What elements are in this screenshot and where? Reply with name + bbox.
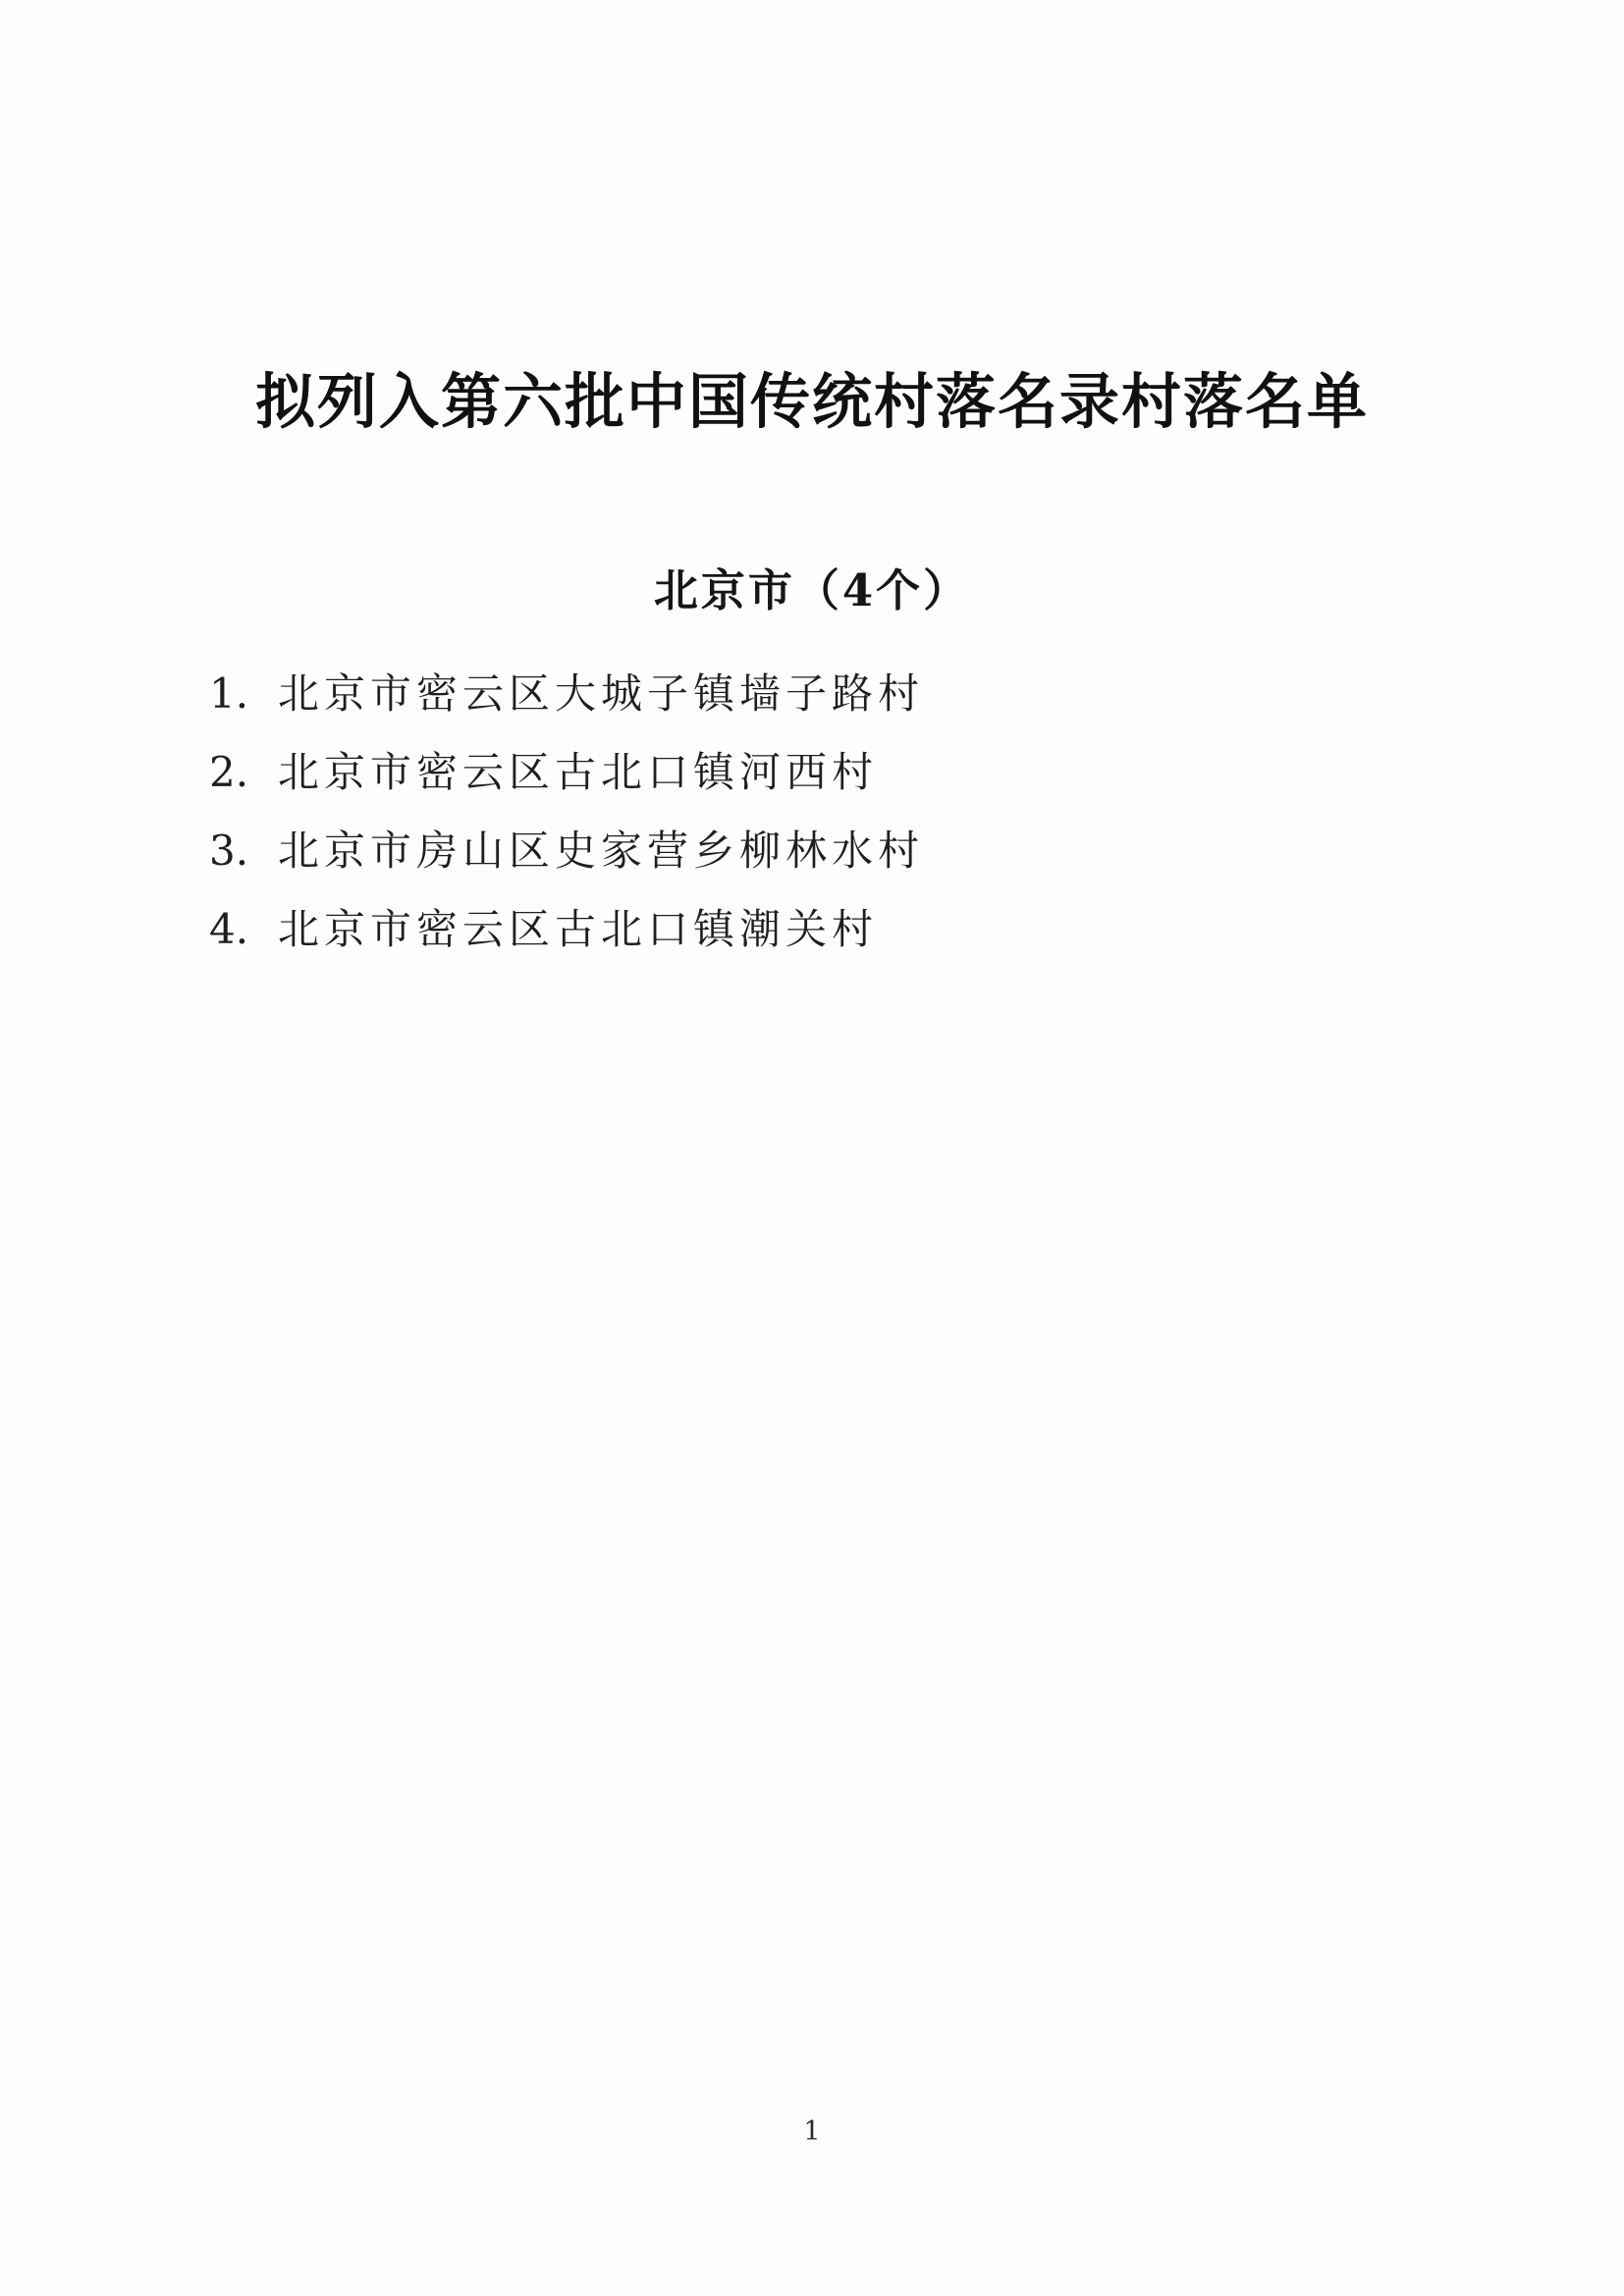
village-name: 北京市房山区史家营乡柳林水村 bbox=[278, 827, 924, 875]
document-title: 拟列入第六批中国传统村落名录村落名单 bbox=[0, 0, 1624, 435]
village-list: 1.北京市密云区大城子镇墙子路村 2.北京市密云区古北口镇河西村 3.北京市房山… bbox=[0, 673, 1624, 950]
list-item: 4.北京市密云区古北口镇潮关村 bbox=[209, 909, 1624, 950]
item-number: 1. bbox=[209, 673, 250, 715]
page-number: 1 bbox=[0, 2116, 1624, 2147]
item-number: 4. bbox=[209, 909, 250, 950]
village-name: 北京市密云区古北口镇河西村 bbox=[278, 748, 878, 796]
list-item: 2.北京市密云区古北口镇河西村 bbox=[209, 752, 1624, 793]
document-page: 拟列入第六批中国传统村落名录村落名单 北京市（4个） 1.北京市密云区大城子镇墙… bbox=[0, 0, 1624, 2296]
village-name: 北京市密云区大城子镇墙子路村 bbox=[278, 669, 924, 718]
item-number: 2. bbox=[209, 752, 250, 793]
village-name: 北京市密云区古北口镇潮关村 bbox=[278, 905, 878, 953]
item-number: 3. bbox=[209, 830, 250, 872]
list-item: 3.北京市房山区史家营乡柳林水村 bbox=[209, 830, 1624, 872]
list-item: 1.北京市密云区大城子镇墙子路村 bbox=[209, 673, 1624, 715]
section-heading-beijing: 北京市（4个） bbox=[0, 568, 1624, 613]
